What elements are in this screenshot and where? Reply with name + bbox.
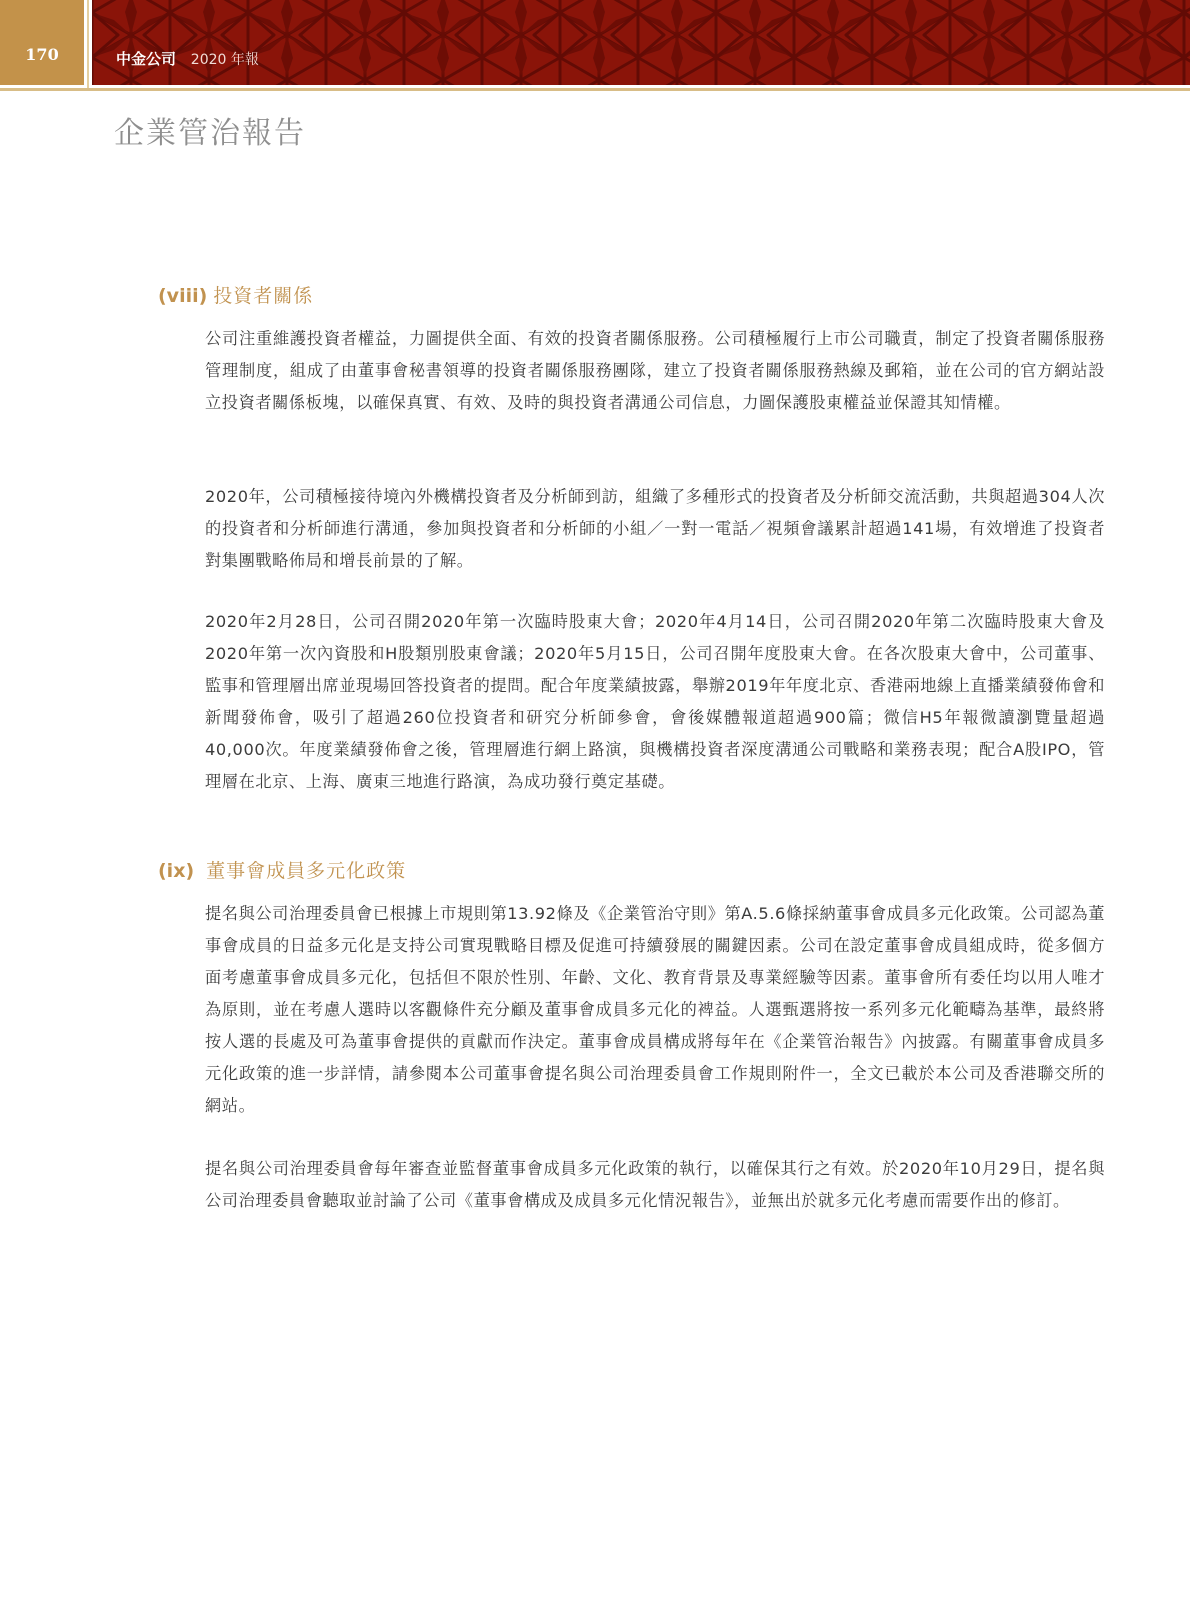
company-name: 中金公司 (116, 50, 176, 68)
report-title: 中金公司 2020 年報 (116, 48, 259, 69)
header-divider (87, 0, 89, 88)
page-title: 企業管治報告 (114, 108, 306, 152)
section-title: 董事會成員多元化政策 (206, 860, 406, 882)
section-number: (ix) (158, 860, 194, 882)
header-rule (0, 88, 1190, 91)
paragraph: 公司注重維護投資者權益，力圖提供全面、有效的投資者關係服務。公司積極履行上市公司… (205, 323, 1105, 419)
header-banner: 中金公司 2020 年報 (92, 0, 1190, 85)
section-title: 投資者關係 (213, 285, 313, 307)
asanoha-pattern-icon (92, 0, 1190, 85)
report-year: 2020 年報 (191, 52, 259, 68)
page-number: 170 (0, 45, 84, 64)
section-number: (viii) (158, 285, 207, 307)
paragraph: 2020年，公司積極接待境內外機構投資者及分析師到訪，組織了多種形式的投資者及分… (205, 481, 1105, 577)
paragraph: 提名與公司治理委員會每年審查並監督董事會成員多元化政策的執行，以確保其行之有效。… (205, 1153, 1105, 1217)
page-number-box: 170 (0, 0, 84, 85)
paragraph: 提名與公司治理委員會已根據上市規則第13.92條及《企業管治守則》第A.5.6條… (205, 898, 1105, 1122)
page-header: 170 (0, 0, 1190, 92)
section-heading-board-diversity: (ix)董事會成員多元化政策 (158, 856, 406, 883)
paragraph: 2020年2月28日，公司召開2020年第一次臨時股東大會；2020年4月14日… (205, 606, 1105, 798)
section-heading-investor-relations: (viii)投資者關係 (158, 281, 313, 308)
